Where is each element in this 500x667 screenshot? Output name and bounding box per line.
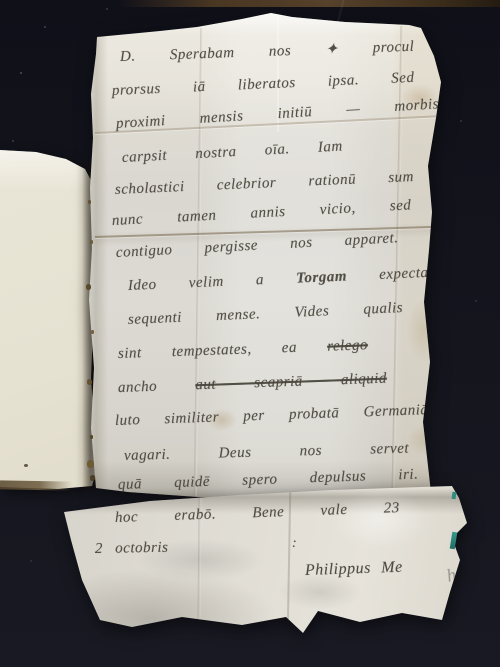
- manuscript-line: 2 octobris: [95, 540, 169, 558]
- letter-bottom-flap: hoc erabō. Bene vale 23 2 octobris : Phi…: [0, 0, 500, 667]
- manuscript-line: hoc erabō. Bene vale 23: [115, 500, 400, 527]
- ink-mark: :: [292, 536, 297, 552]
- manuscript-photo: D. Sperabam nos ✦ procul prorsus iā libe…: [0, 0, 500, 667]
- signature-flourish: h: [444, 564, 458, 587]
- signature: Philippus Me: [305, 559, 403, 580]
- letter-bottom-flap-wrap: hoc erabō. Bene vale 23 2 octobris : Phi…: [0, 0, 500, 667]
